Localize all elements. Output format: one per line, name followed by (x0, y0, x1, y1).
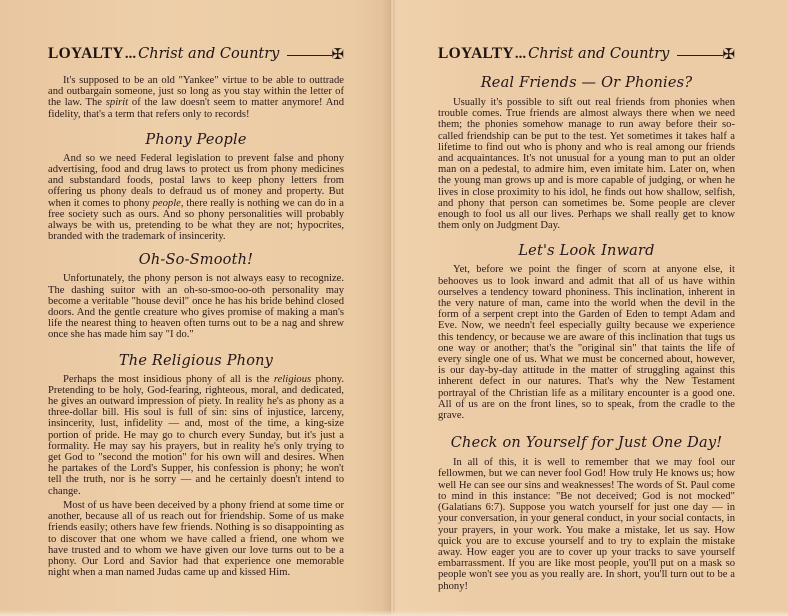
paragraph: Yet, before we point the finger of scorn… (438, 264, 735, 421)
paragraph: Perhaps the most insidious phony of all … (48, 374, 344, 497)
header-rule (287, 55, 332, 56)
right-page: LOYALTY ... Christ and Country ✠ Real Fr… (394, 0, 788, 616)
cross-pattee-icon: ✠ (331, 47, 344, 62)
header-ellipsis: ... (125, 46, 136, 63)
left-page: LOYALTY ... Christ and Country ✠ It's su… (0, 0, 394, 616)
paragraph: Unfortunately, the phony person is not a… (48, 273, 344, 340)
section-heading-phony-people: Phony People (48, 132, 344, 148)
section-heading-look-inward: Let's Look Inward (438, 243, 735, 259)
paragraph: In all of this, it is well to remember t… (438, 457, 735, 591)
intro-paragraph: It's supposed to be an old "Yankee" virt… (48, 75, 344, 120)
paragraph: Most of us have been deceived by a phony… (48, 500, 344, 578)
paragraph: And so we need Federal legislation to pr… (48, 153, 344, 243)
header-loyalty: LOYALTY (438, 45, 514, 63)
header-ellipsis: ... (515, 46, 526, 63)
header-rule (677, 55, 723, 56)
section-heading-oh-so-smooth: Oh-So-Smooth! (48, 252, 344, 268)
booklet-spread: LOYALTY ... Christ and Country ✠ It's su… (0, 0, 788, 616)
header-loyalty: LOYALTY (48, 45, 124, 63)
header-subtitle: Christ and Country (528, 46, 669, 62)
paragraph: Usually it's possible to sift out real f… (438, 97, 735, 231)
header-subtitle: Christ and Country (138, 46, 279, 62)
section-heading-real-friends: Real Friends — Or Phonies? (438, 75, 735, 91)
section-heading-check-yourself: Check on Yourself for Just One Day! (438, 435, 735, 451)
section-heading-religious-phony: The Religious Phony (48, 353, 344, 369)
running-header: LOYALTY ... Christ and Country ✠ (438, 43, 735, 65)
cross-pattee-icon: ✠ (722, 47, 735, 62)
running-header: LOYALTY ... Christ and Country ✠ (48, 43, 344, 65)
